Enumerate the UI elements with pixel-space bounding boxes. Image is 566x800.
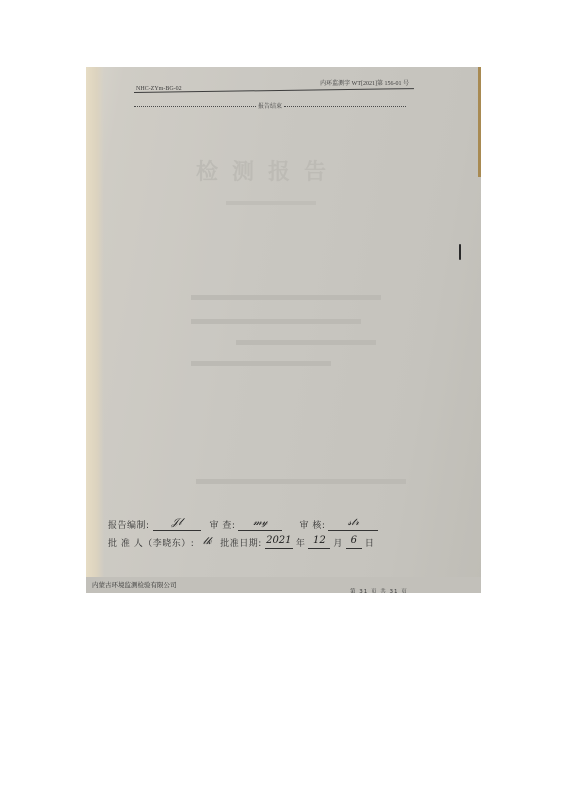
page-fold-shadow xyxy=(86,67,104,593)
document-photo: 内环监测字 WT[2021]第 156-01 号 NHC-ZYm-BG-02 报… xyxy=(86,67,481,593)
approver-signature: 𝓁𝓀 xyxy=(194,535,220,549)
bleed-line xyxy=(191,361,331,366)
report-end-label: 报告结束 xyxy=(256,101,284,110)
approval-day: 6 xyxy=(346,534,362,549)
audit-signature: 𝓈𝓉𝓇 xyxy=(328,516,378,531)
signature-block: 报告编制: 𝒥𝓁 审 查: 𝓂𝓎 审 核: 𝓈𝓉𝓇 批 准 人（李晓东）: 𝓁𝓀… xyxy=(108,513,381,549)
day-unit: 日 xyxy=(365,536,375,549)
bleed-line xyxy=(236,340,376,345)
dotted-line xyxy=(284,106,406,107)
bleed-line xyxy=(196,479,406,484)
approver-label: 批 准 人（李晓东）: xyxy=(108,536,194,549)
footer-company: 内蒙古环境监测检验有限公司 xyxy=(92,580,177,589)
review-label: 审 查: xyxy=(210,518,236,531)
review-signature: 𝓂𝓎 xyxy=(238,516,282,531)
approval-month: 12 xyxy=(308,534,330,549)
report-number: 内环监测字 WT[2021]第 156-01 号 xyxy=(320,78,409,87)
approval-year: 2021 xyxy=(265,534,293,549)
audit-label: 审 核: xyxy=(299,518,325,531)
compiled-by-label: 报告编制: xyxy=(108,518,150,531)
compiled-by-signature: 𝒥𝓁 xyxy=(153,516,201,531)
signature-row-1: 报告编制: 𝒥𝓁 审 查: 𝓂𝓎 审 核: 𝓈𝓉𝓇 xyxy=(108,513,381,531)
page-edge xyxy=(478,67,481,177)
signature-row-2: 批 准 人（李晓东）: 𝓁𝓀 批准日期: 2021 年 12 月 6 日 xyxy=(108,531,381,549)
bleed-through-subtitle xyxy=(226,201,316,205)
dotted-line xyxy=(134,106,256,107)
month-unit: 月 xyxy=(333,536,343,549)
bleed-line xyxy=(191,319,361,324)
pen-mark xyxy=(459,244,461,260)
report-end-marker: 报告结束 xyxy=(134,100,406,110)
approval-date-label: 批准日期: xyxy=(220,536,262,549)
bleed-through-title: 检测报告 xyxy=(196,155,340,186)
footer-page-info: 第 31 页 共 31 页 xyxy=(350,587,408,593)
bleed-line xyxy=(191,295,381,300)
year-unit: 年 xyxy=(296,536,306,549)
